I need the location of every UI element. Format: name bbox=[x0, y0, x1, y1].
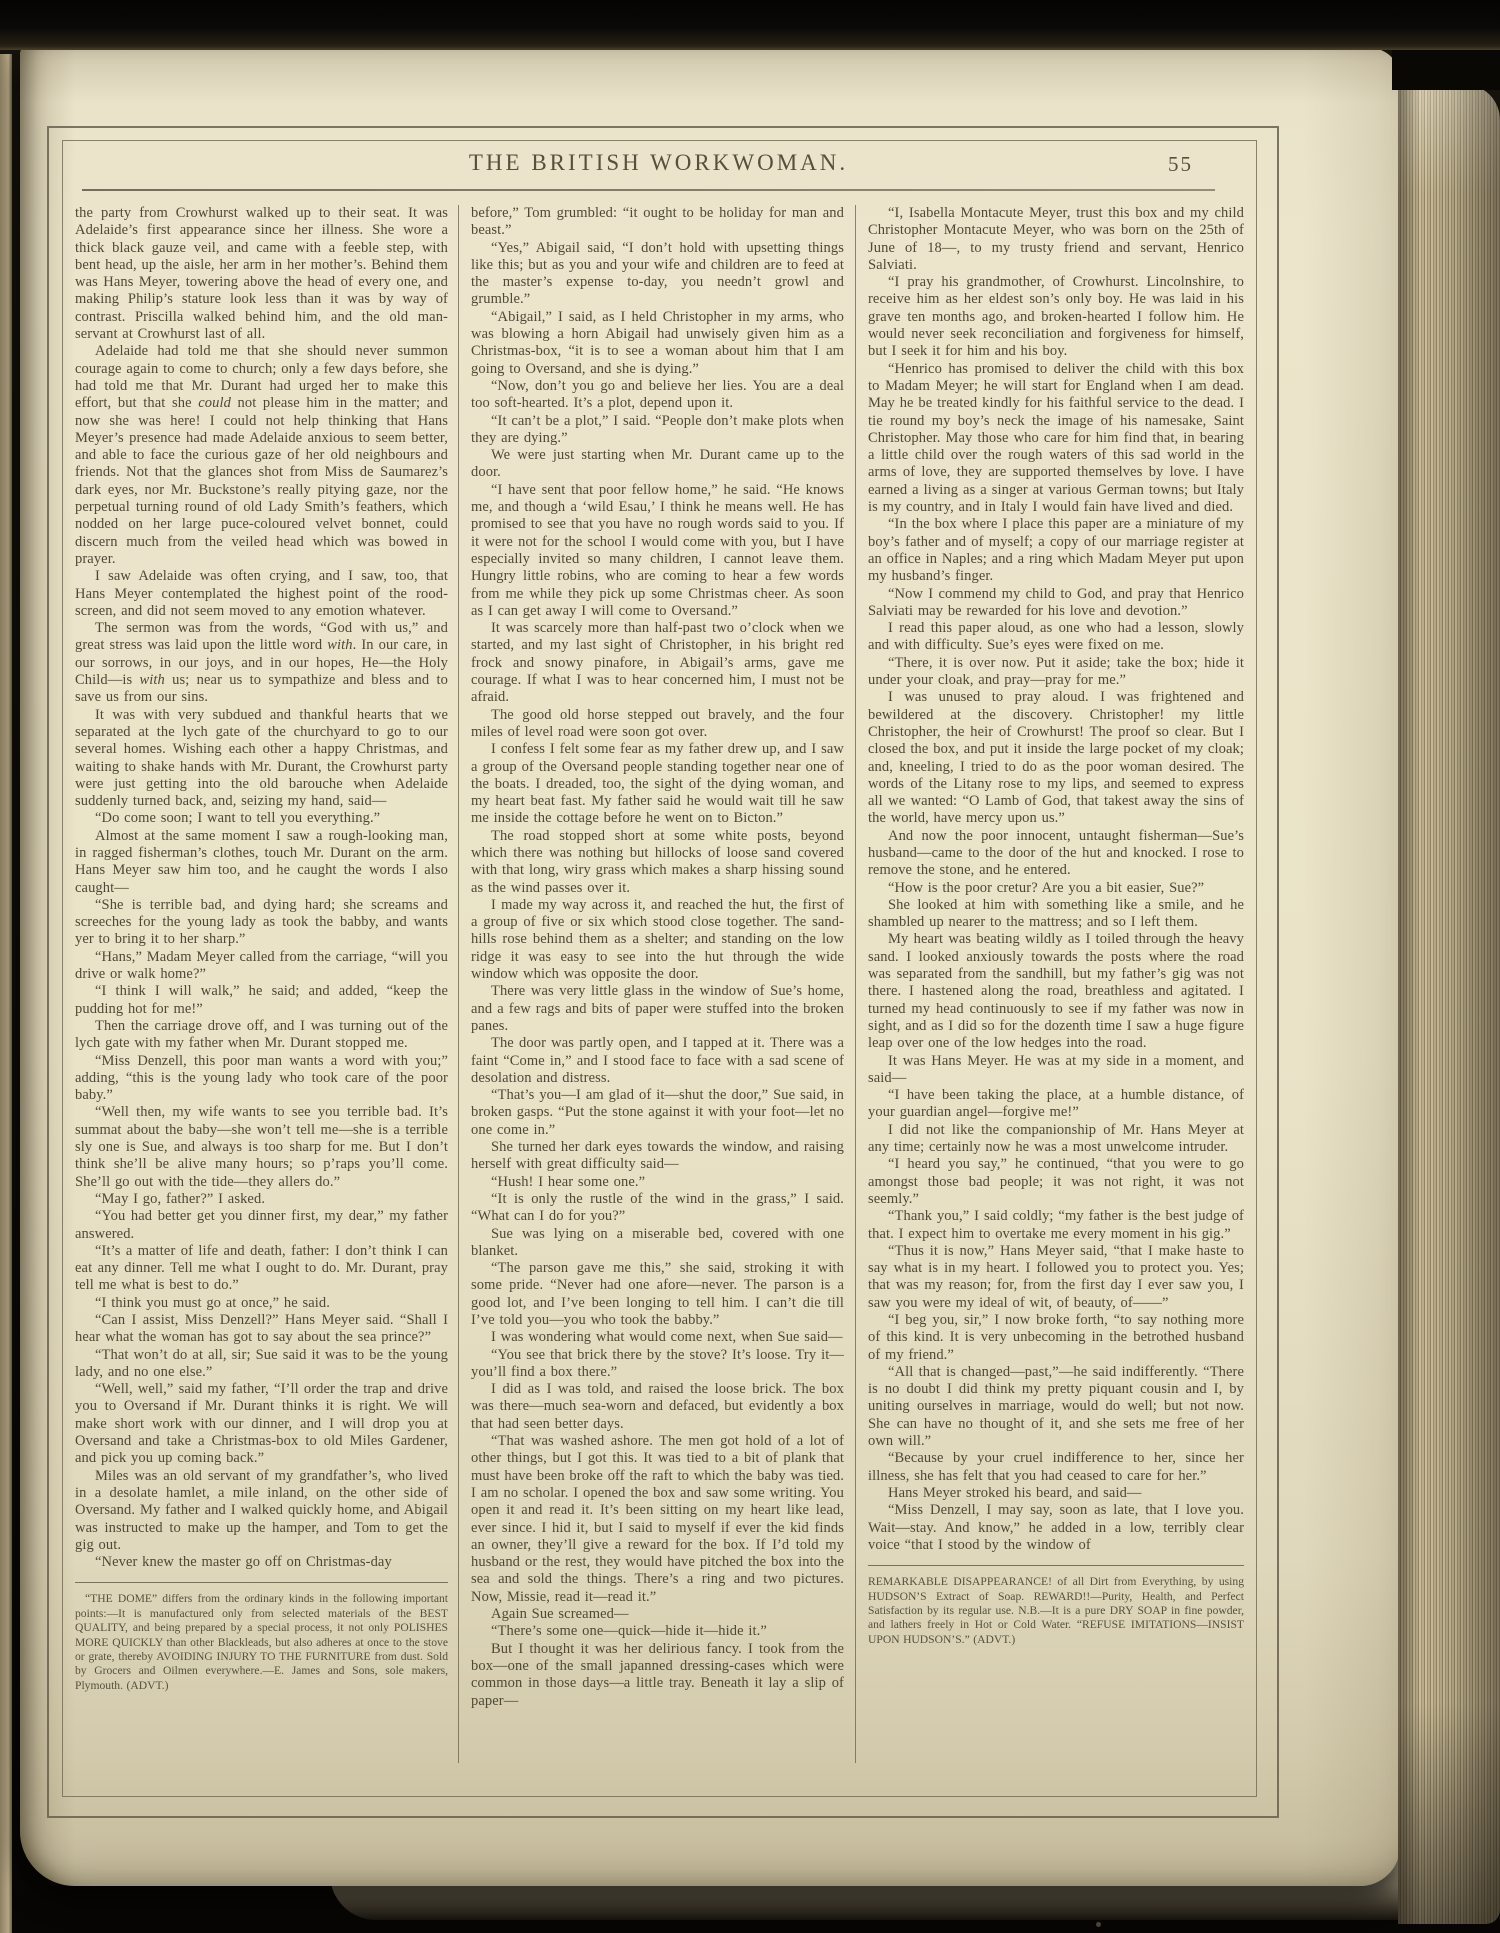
paragraph: “Miss Denzell, I may say, soon as late, … bbox=[868, 1502, 1244, 1554]
paragraph: “There, it is over now. Put it aside; ta… bbox=[868, 655, 1244, 690]
paragraph: Sue was lying on a miserable bed, covere… bbox=[471, 1226, 844, 1261]
paragraph: “Now, don’t you go and believe her lies.… bbox=[471, 378, 844, 413]
paragraph: And now the poor innocent, untaught fish… bbox=[868, 828, 1244, 880]
paragraph: “Can I assist, Miss Denzell?” Hans Meyer… bbox=[75, 1312, 448, 1347]
paragraph: “It can’t be a plot,” I said. “People do… bbox=[471, 413, 844, 448]
paragraph: “Miss Denzell, this poor man wants a wor… bbox=[75, 1053, 448, 1105]
paragraph: I saw Adelaide was often crying, and I s… bbox=[75, 568, 448, 620]
paragraph: Adelaide had told me that she should nev… bbox=[75, 343, 448, 568]
paragraph: the party from Crowhurst walked up to th… bbox=[75, 205, 448, 343]
advertisement: REMARKABLE DISAPPEARANCE! of all Dirt fr… bbox=[868, 1575, 1244, 1647]
paragraph: I made my way across it, and reached the… bbox=[471, 897, 844, 983]
paragraph: “Hans,” Madam Meyer called from the carr… bbox=[75, 949, 448, 984]
paragraph: before,” Tom grumbled: “it ought to be h… bbox=[471, 205, 844, 240]
text-columns: the party from Crowhurst walked up to th… bbox=[75, 205, 1247, 1817]
paragraph: Almost at the same moment I saw a rough-… bbox=[75, 828, 448, 897]
text-column-3: “I, Isabella Montacute Meyer, trust this… bbox=[868, 205, 1244, 1647]
paragraph: “I think you must go at once,” he said. bbox=[75, 1295, 448, 1312]
paragraph: My heart was beating wildly as I toiled … bbox=[868, 931, 1244, 1052]
paragraph: “I have sent that poor fellow home,” he … bbox=[471, 482, 844, 620]
page-number: 55 bbox=[1168, 152, 1193, 177]
paragraph: The sermon was from the words, “God with… bbox=[75, 620, 448, 706]
paragraph: The road stopped short at some white pos… bbox=[471, 828, 844, 897]
paragraph: There was very little glass in the windo… bbox=[471, 983, 844, 1035]
paragraph: I read this paper aloud, as one who had … bbox=[868, 620, 1244, 655]
paragraph: I did as I was told, and raised the loos… bbox=[471, 1381, 844, 1433]
photo-top-bar bbox=[0, 0, 1500, 50]
text-column-1: the party from Crowhurst walked up to th… bbox=[75, 205, 448, 1693]
column-divider bbox=[855, 205, 856, 1763]
paragraph: “I beg you, sir,” I now broke forth, “to… bbox=[868, 1312, 1244, 1364]
paragraph: I was wondering what would come next, wh… bbox=[471, 1329, 844, 1346]
paragraph: The door was partly open, and I tapped a… bbox=[471, 1035, 844, 1087]
paragraph: “All that is changed—past,”—he said indi… bbox=[868, 1364, 1244, 1450]
paragraph: “Hush! I hear some one.” bbox=[471, 1174, 844, 1191]
paragraph: “In the box where I place this paper are… bbox=[868, 516, 1244, 585]
paragraph: Then the carriage drove off, and I was t… bbox=[75, 1018, 448, 1053]
paragraph: “I have been taking the place, at a humb… bbox=[868, 1087, 1244, 1122]
paragraph: “That was washed ashore. The men got hol… bbox=[471, 1433, 844, 1606]
ad-separator-rule bbox=[75, 1582, 448, 1583]
paragraph: Miles was an old servant of my grandfath… bbox=[75, 1468, 448, 1554]
paragraph: “Well then, my wife wants to see you ter… bbox=[75, 1104, 448, 1190]
paragraph: “Now I commend my child to God, and pray… bbox=[868, 586, 1244, 621]
paragraph: She looked at him with something like a … bbox=[868, 897, 1244, 932]
paragraph: “She is terrible bad, and dying hard; sh… bbox=[75, 897, 448, 949]
paragraph: “I heard you say,” he continued, “that y… bbox=[868, 1156, 1244, 1208]
paragraph: “Because by your cruel indifference to h… bbox=[868, 1450, 1244, 1485]
paragraph: It was Hans Meyer. He was at my side in … bbox=[868, 1053, 1244, 1088]
paragraph: “Yes,” Abigail said, “I don’t hold with … bbox=[471, 240, 844, 309]
paragraph: “How is the poor cretur? Are you a bit e… bbox=[868, 880, 1244, 897]
scanned-page: THE BRITISH WORKWOMAN. 55 the party from… bbox=[20, 48, 1400, 1886]
paragraph: I was unused to pray aloud. I was fright… bbox=[868, 689, 1244, 827]
paragraph: She turned her dark eyes towards the win… bbox=[471, 1139, 844, 1174]
adjacent-page-edge bbox=[0, 54, 12, 1933]
paragraph: “It’s a matter of life and death, father… bbox=[75, 1243, 448, 1295]
paragraph: “That won’t do at all, sir; Sue said it … bbox=[75, 1347, 448, 1382]
paragraph: “Well, well,” said my father, “I’ll orde… bbox=[75, 1381, 448, 1467]
paragraph: “It is only the rustle of the wind in th… bbox=[471, 1191, 844, 1226]
book-photo: THE BRITISH WORKWOMAN. 55 the party from… bbox=[0, 0, 1500, 1933]
masthead-row: THE BRITISH WORKWOMAN. 55 bbox=[62, 146, 1255, 192]
paragraph: It was with very subdued and thankful he… bbox=[75, 707, 448, 811]
paragraph: “Thus it is now,” Hans Meyer said, “that… bbox=[868, 1243, 1244, 1312]
paragraph: “Thank you,” I said coldly; “my father i… bbox=[868, 1208, 1244, 1243]
paragraph: “There’s some one—quick—hide it—hide it.… bbox=[471, 1623, 844, 1640]
paragraph: “I pray his grandmother, of Crowhurst. L… bbox=[868, 274, 1244, 360]
paragraph: I did not like the companionship of Mr. … bbox=[868, 1122, 1244, 1157]
paragraph: “Henrico has promised to deliver the chi… bbox=[868, 361, 1244, 517]
paragraph: “You had better get you dinner first, my… bbox=[75, 1208, 448, 1243]
ad-separator-rule bbox=[868, 1565, 1244, 1566]
paragraph: “I, Isabella Montacute Meyer, trust this… bbox=[868, 205, 1244, 274]
paragraph: “You see that brick there by the stove? … bbox=[471, 1347, 844, 1382]
paragraph: Hans Meyer stroked his beard, and said— bbox=[868, 1485, 1244, 1502]
text-column-2: before,” Tom grumbled: “it ought to be h… bbox=[471, 205, 844, 1710]
paragraph: “May I go, father?” I asked. bbox=[75, 1191, 448, 1208]
paragraph: “Never knew the master go off on Christm… bbox=[75, 1554, 448, 1571]
book-fore-edge bbox=[1398, 84, 1500, 1924]
paragraph: We were just starting when Mr. Durant ca… bbox=[471, 447, 844, 482]
paragraph: “Abigail,” I said, as I held Christopher… bbox=[471, 309, 844, 378]
paragraph: But I thought it was her delirious fancy… bbox=[471, 1641, 844, 1710]
paragraph: It was scarcely more than half-past two … bbox=[471, 620, 844, 706]
paragraph: Again Sue screamed— bbox=[471, 1606, 844, 1623]
masthead-title: THE BRITISH WORKWOMAN. bbox=[469, 150, 848, 176]
paragraph: The good old horse stepped out bravely, … bbox=[471, 707, 844, 742]
masthead-rule bbox=[82, 189, 1215, 191]
paragraph: I confess I felt some fear as my father … bbox=[471, 741, 844, 827]
paragraph: “I think I will walk,” he said; and adde… bbox=[75, 983, 448, 1018]
paragraph: “The parson gave me this,” she said, str… bbox=[471, 1260, 844, 1329]
advertisement: “THE DOME” differs from the ordinary kin… bbox=[75, 1592, 448, 1693]
column-divider bbox=[458, 205, 459, 1763]
paragraph: “Do come soon; I want to tell you everyt… bbox=[75, 810, 448, 827]
paper-speck bbox=[1096, 1922, 1101, 1927]
paragraph: “That’s you—I am glad of it—shut the doo… bbox=[471, 1087, 844, 1139]
